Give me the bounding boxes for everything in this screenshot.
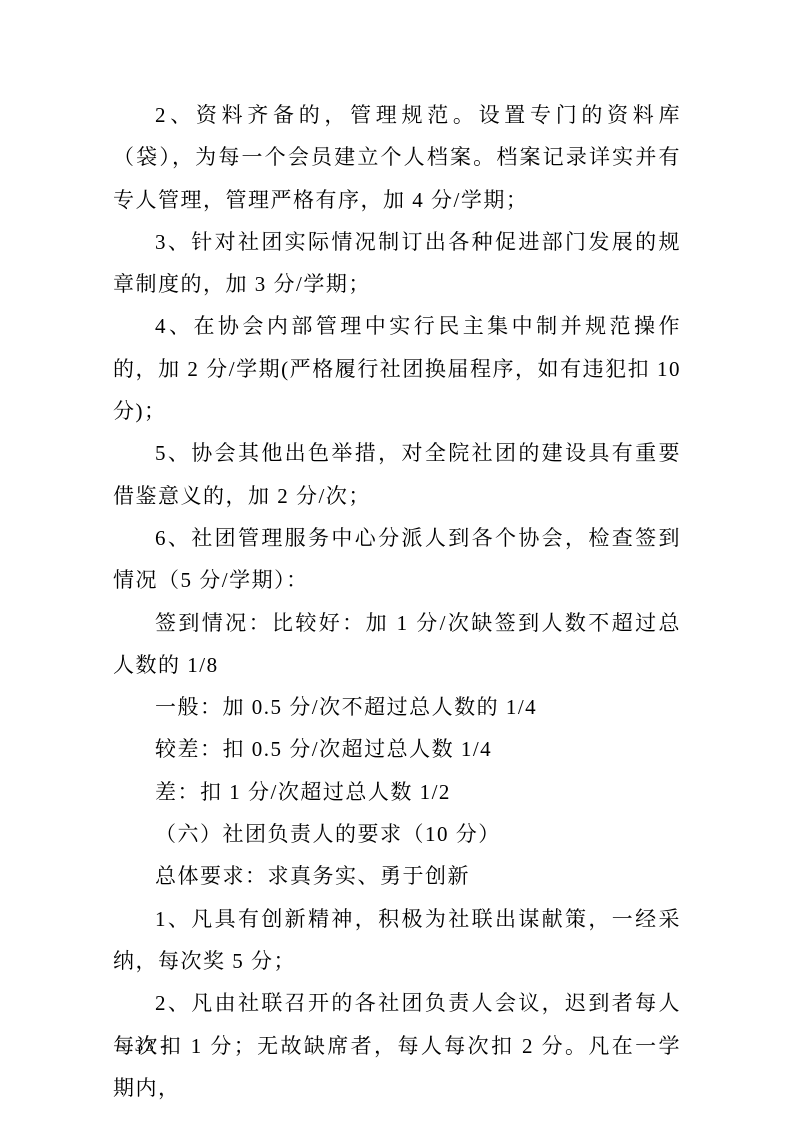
paragraph: （六）社团负责人的要求（10 分） bbox=[113, 813, 681, 855]
paragraph: 6、社团管理服务中心分派人到各个协会，检查签到情况（5 分/学期）： bbox=[113, 517, 681, 602]
paragraph: 1、凡具有创新精神，积极为社联出谋献策，一经采纳，每次奖 5 分； bbox=[113, 898, 681, 983]
paragraph: 较差：扣 0.5 分/次超过总人数 1/4 bbox=[113, 728, 681, 770]
page-number: – 33 – bbox=[118, 1036, 173, 1056]
paragraph: 签到情况：比较好：加 1 分/次缺签到人数不超过总人数的 1/8 bbox=[113, 602, 681, 687]
paragraph: 2、凡由社联召开的各社团负责人会议，迟到者每人每次扣 1 分；无故缺席者，每人每… bbox=[113, 982, 681, 1109]
paragraph: 5、协会其他出色举措，对全院社团的建设具有重要借鉴意义的，加 2 分/次； bbox=[113, 432, 681, 517]
document-page: 2、资料齐备的，管理规范。设置专门的资料库（袋），为每一个会员建立个人档案。档案… bbox=[0, 0, 793, 1122]
paragraph: 4、在协会内部管理中实行民主集中制并规范操作的，加 2 分/学期(严格履行社团换… bbox=[113, 305, 681, 432]
paragraph: 差：扣 1 分/次超过总人数 1/2 bbox=[113, 771, 681, 813]
paragraph: 一般：加 0.5 分/次不超过总人数的 1/4 bbox=[113, 686, 681, 728]
paragraph: 2、资料齐备的，管理规范。设置专门的资料库（袋），为每一个会员建立个人档案。档案… bbox=[113, 94, 681, 221]
paragraph: 3、针对社团实际情况制订出各种促进部门发展的规章制度的，加 3 分/学期； bbox=[113, 221, 681, 306]
paragraph: 总体要求：求真务实、勇于创新 bbox=[113, 855, 681, 897]
document-body: 2、资料齐备的，管理规范。设置专门的资料库（袋），为每一个会员建立个人档案。档案… bbox=[113, 94, 681, 1109]
